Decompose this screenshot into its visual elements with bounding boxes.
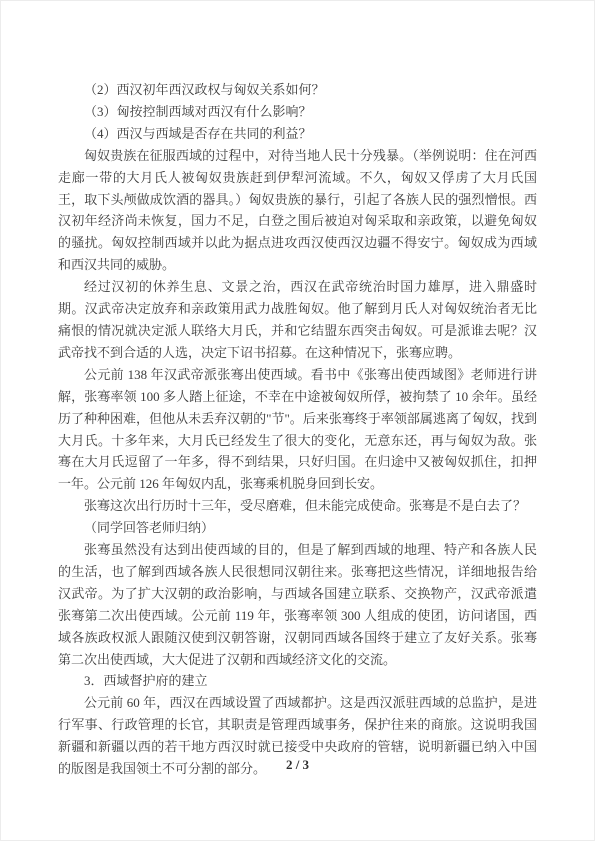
paragraph-xiongnu-cruelty: 匈奴贵族在征服西域的过程中，对待当地人民十分残暴。（举例说明：住在河西走廊一带的… <box>58 145 537 276</box>
paragraph-class-note: （同学回答老师归纳） <box>58 517 537 539</box>
document-page: （2）西汉初年西汉政权与匈奴关系如何？ （3）匈按控制西域对西汉有什么影响？ （… <box>0 0 595 841</box>
question-line-4: （4）西汉与西域是否存在共同的利益？ <box>58 123 537 145</box>
paragraph-first-mission: 公元前 138 年汉武帝派张骞出使西域。看书中《张骞出使西域图》老师进行讲解，张… <box>58 364 537 495</box>
page-number: 2 / 3 <box>1 757 594 773</box>
question-line-2: （2）西汉初年西汉政权与匈奴关系如何？ <box>58 79 537 101</box>
paragraph-mission-question: 张骞这次出行历时十三年，受尽磨难，但未能完成使命。张骞是不是白去了？ <box>58 495 537 517</box>
document-body: （2）西汉初年西汉政权与匈奴关系如何？ （3）匈按控制西域对西汉有什么影响？ （… <box>58 79 537 780</box>
paragraph-second-mission: 张骞虽然没有达到出使西域的目的，但是了解到西域的地理、特产和各族人民的生活，也了… <box>58 539 537 670</box>
question-line-3: （3）匈按控制西域对西汉有什么影响？ <box>58 101 537 123</box>
section-heading-duhufu: 3．西域督护府的建立 <box>58 670 537 692</box>
paragraph-han-wudi-plan: 经过汉初的休养生息、文景之治，西汉在武帝统治时国力雄厚，进入鼎盛时期。汉武帝决定… <box>58 276 537 364</box>
